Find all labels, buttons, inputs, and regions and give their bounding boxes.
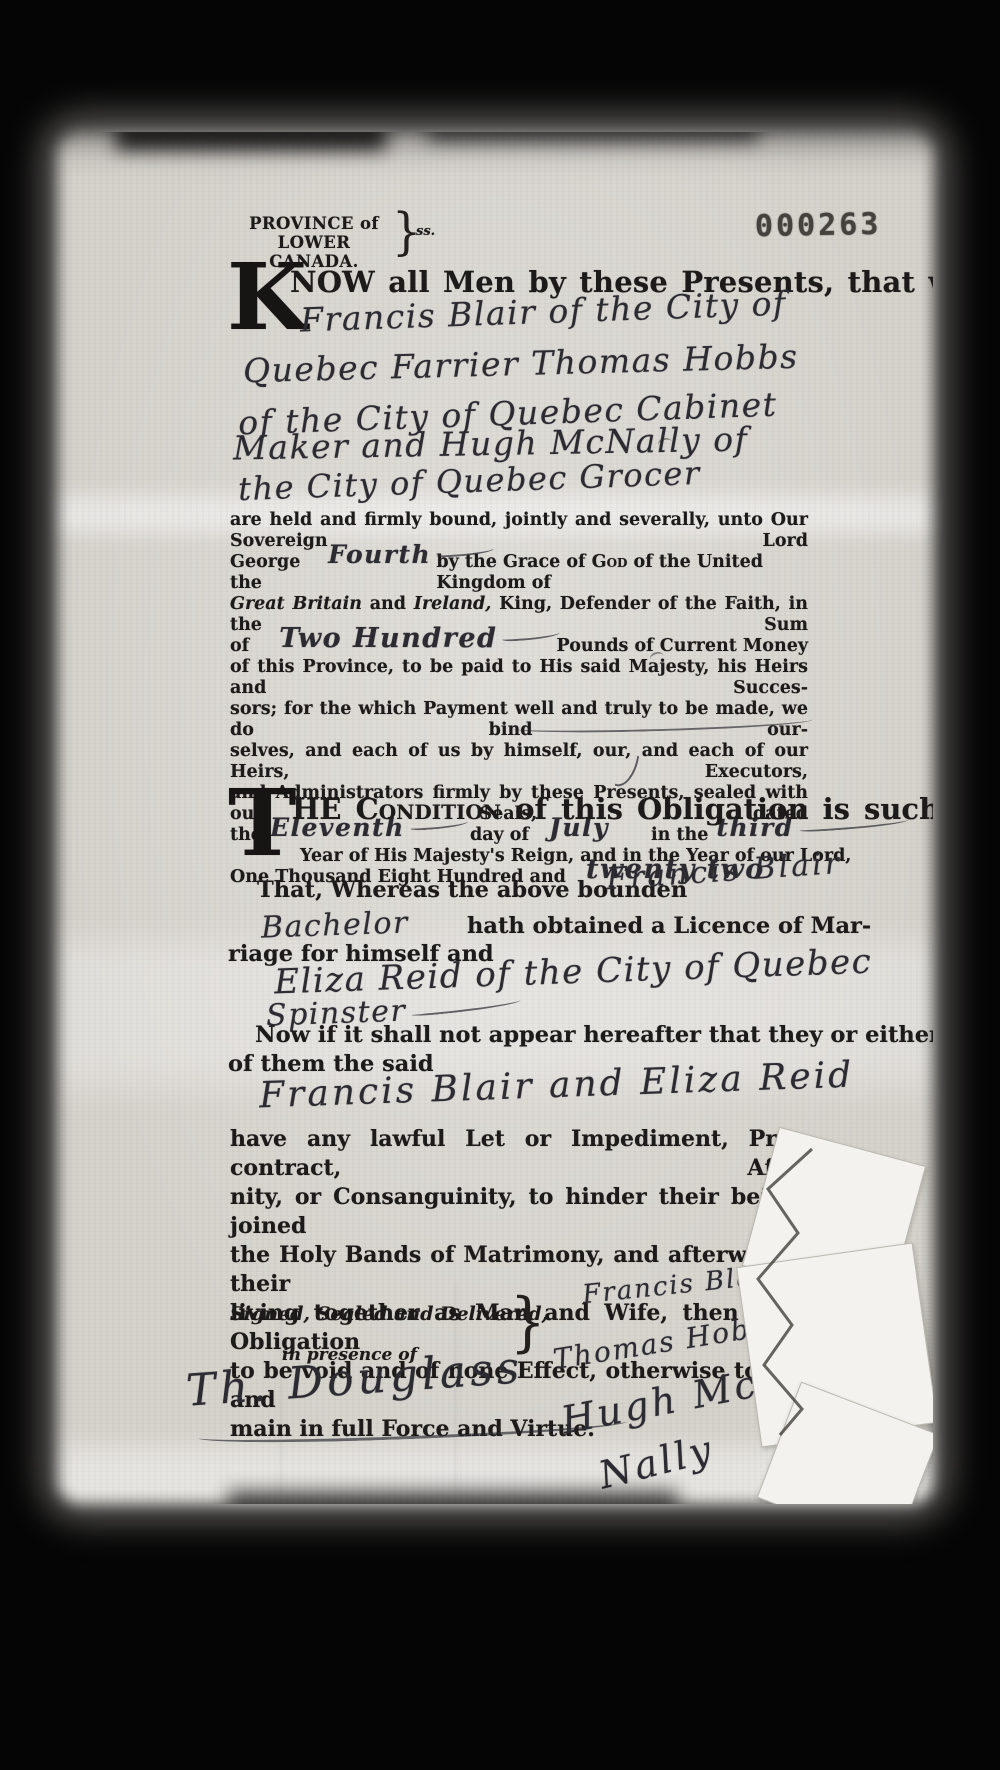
handwritten-sum: Two Hundred xyxy=(279,628,560,649)
handwritten-sovereign: Fourth xyxy=(328,544,494,565)
closing-line2: nity, or Consanguinity, to hinder their … xyxy=(230,1183,800,1241)
word-god-smallcaps: God xyxy=(592,552,628,572)
obligation-line5: of this Province, to be paid to His said… xyxy=(230,657,808,699)
paper-crease-right xyxy=(455,1282,457,1497)
ireland-italic: Ireland, xyxy=(414,594,492,614)
obligation-line2-start: George the xyxy=(230,552,320,594)
scan-smudge-top-left xyxy=(116,132,386,150)
document-page: PROVINCE of LOWER CANADA. } ss. 000263 K… xyxy=(58,132,933,1504)
great-britain-italic: Great Britain xyxy=(230,594,362,614)
handwritten-parties-line2: Quebec Farrier Thomas Hobbs xyxy=(243,337,799,391)
regnal-year-blank: third xyxy=(708,839,808,840)
handwritten-groom-status: Bachelor xyxy=(260,905,409,945)
sovereign-blank: Fourth xyxy=(320,566,436,567)
obligation-paragraph: are held and firmly bound, jointly and s… xyxy=(230,510,808,888)
obligation-line1: are held and firmly bound, jointly and s… xyxy=(230,510,808,552)
signed-sealed-line: Signed, Sealed and Delivered, xyxy=(230,1303,548,1325)
printed-text: and xyxy=(370,594,406,614)
obligation-line7: selves, and each of us by himself, our, … xyxy=(230,741,808,783)
obligation-line4-end: Pounds of Current Money xyxy=(557,636,808,657)
seal-fold-crease xyxy=(750,1147,830,1437)
dropcap-t: T xyxy=(228,788,296,860)
serial-number-stamp: 000263 xyxy=(755,207,882,244)
scanned-document: PROVINCE of LOWER CANADA. } ss. 000263 K… xyxy=(0,0,1000,1770)
condition-he: HE xyxy=(292,792,342,826)
jurat-abbreviation: ss. xyxy=(416,224,435,239)
scan-smudge-bottom xyxy=(228,1490,678,1504)
licence-line1: hath obtained a Licence of Mar- xyxy=(467,913,871,939)
condition-rest: of this Obligation is such, xyxy=(515,792,933,826)
obligation-line9-inthe: in the xyxy=(651,825,708,846)
province-line1: PROVINCE of xyxy=(234,214,394,233)
condition-headline: HE Condition of this Obligation is such, xyxy=(292,792,933,826)
paper-crease-left xyxy=(280,1282,282,1497)
closing-line1: have any lawful Let or Impediment, Pre-c… xyxy=(230,1125,800,1183)
now-line1: Now if it shall not appear hereafter tha… xyxy=(255,1022,933,1048)
month-blank: July xyxy=(529,839,651,840)
obligation-line2: George the Fourth by the Grace of God of… xyxy=(230,552,808,594)
obligation-line4: of Two Hundred Pounds of Current Money xyxy=(230,636,808,657)
obligation-line9: the Eleventh day of July in the third xyxy=(230,825,808,846)
scan-smudge-top-center xyxy=(428,132,758,142)
obligation-line4-of: of xyxy=(230,636,249,657)
obligation-line9-dayof: day of xyxy=(470,825,529,846)
sum-blank: Two Hundred xyxy=(249,650,556,651)
condition-smallcaps: Condition xyxy=(356,792,501,826)
